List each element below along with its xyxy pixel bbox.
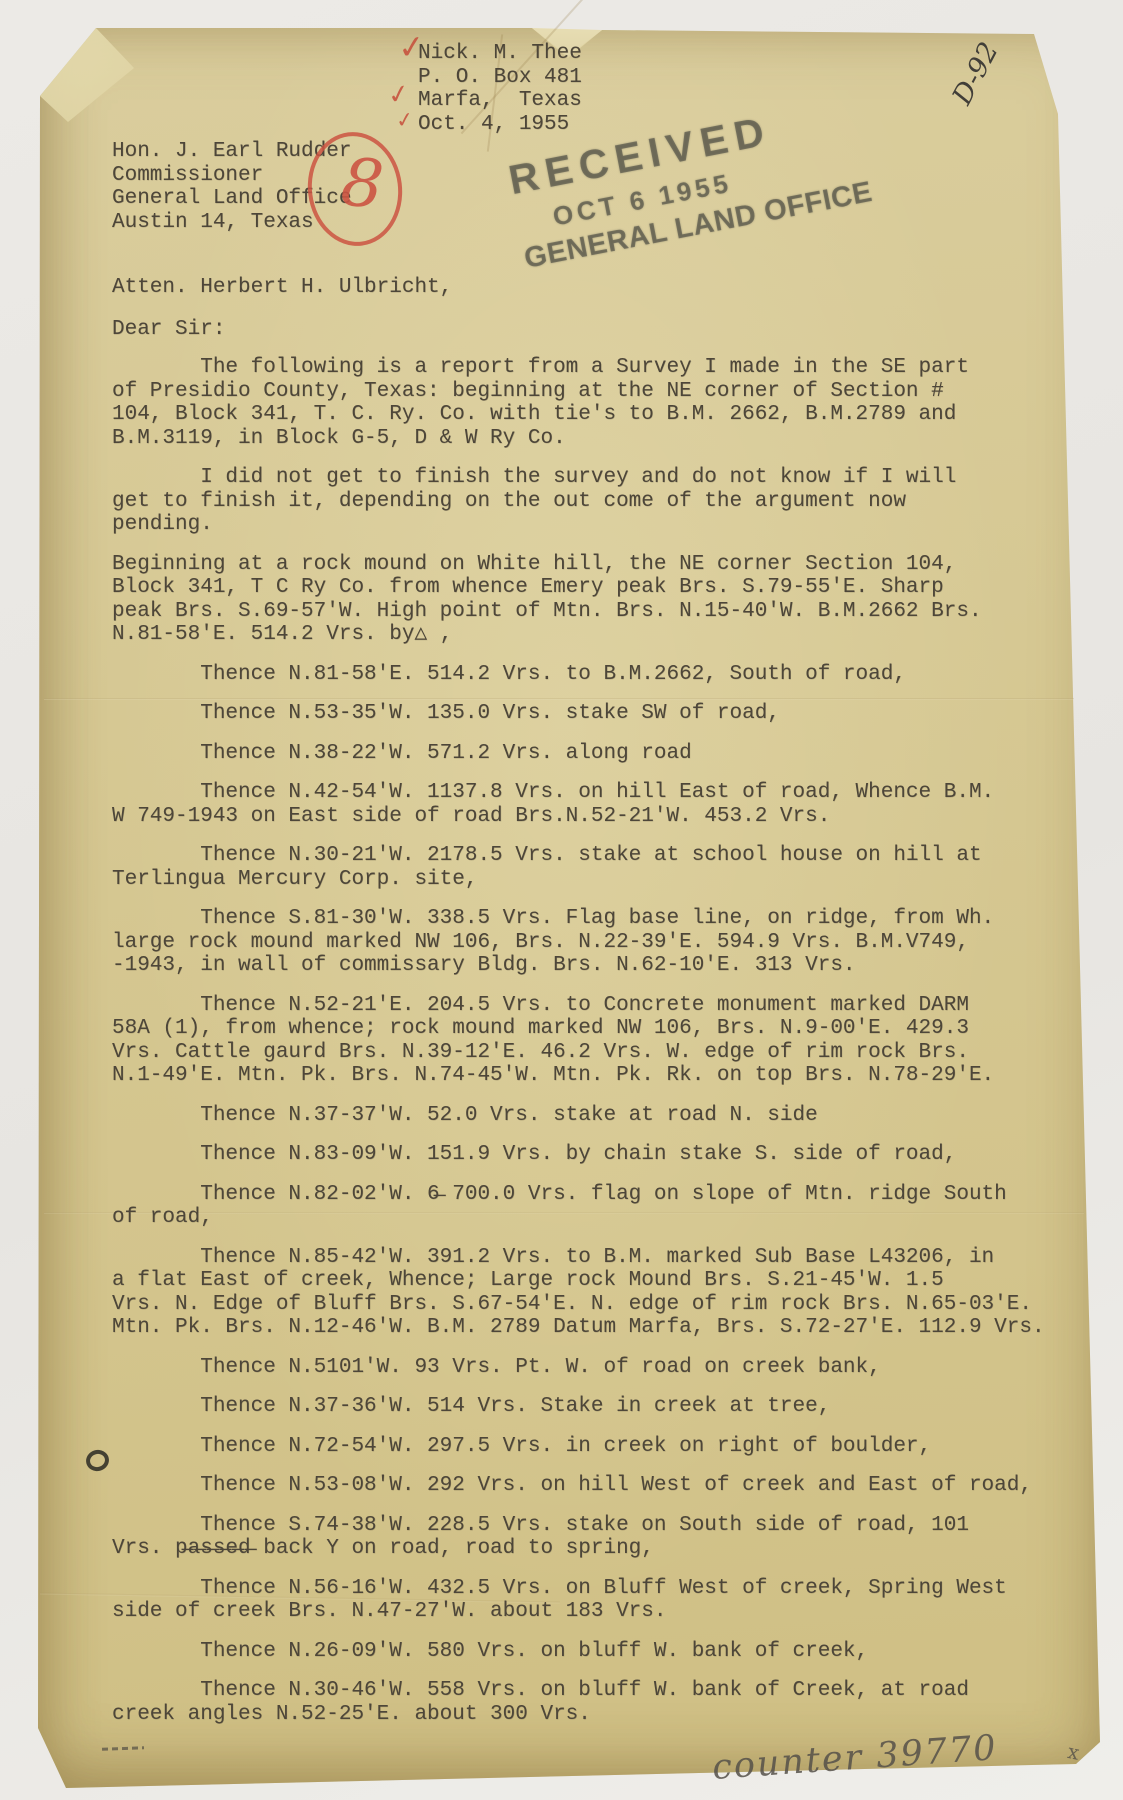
text-line: Thence N.82-02'W. 6̶ 700.0 Vrs. flag on … [112, 1183, 1072, 1207]
sender-letterhead: Nick. M. TheeP. O. Box 481Marfa, TexasOc… [418, 42, 582, 136]
scanned-letter-page: RECEIVED OCT 6 1955 GENERAL LAND OFFICE … [0, 0, 1123, 1800]
body-paragraph: Thence N.30-46'W. 558 Vrs. on bluff W. b… [112, 1679, 1072, 1726]
letter-body: The following is a report from a Survey … [112, 356, 1072, 1742]
body-paragraph: Thence N.26-09'W. 580 Vrs. on bluff W. b… [112, 1640, 1072, 1664]
text-line: Thence N.26-09'W. 580 Vrs. on bluff W. b… [112, 1640, 1072, 1664]
text-line: Thence N.56-16'W. 432.5 Vrs. on Bluff We… [112, 1577, 1072, 1601]
text-line: creek angles N.52-25'E. about 300 Vrs. [112, 1703, 1072, 1727]
text-line: side of creek Brs. N.47-27'W. about 183 … [112, 1600, 1072, 1624]
body-paragraph: Thence N.53-35'W. 135.0 Vrs. stake SW of… [112, 702, 1072, 726]
text-line: Thence S.81-30'W. 338.5 Vrs. Flag base l… [112, 907, 1072, 931]
text-line: Marfa, Texas [418, 89, 582, 113]
body-paragraph: Thence N.5101'W. 93 Vrs. Pt. W. of road … [112, 1356, 1072, 1380]
body-paragraph: Thence S.74-38'W. 228.5 Vrs. stake on So… [112, 1514, 1072, 1561]
text-line: of Presidio County, Texas: beginning at … [112, 380, 1072, 404]
body-paragraph: Thence N.42-54'W. 1137.8 Vrs. on hill Ea… [112, 781, 1072, 828]
body-paragraph: Thence N.37-37'W. 52.0 Vrs. stake at roa… [112, 1104, 1072, 1128]
body-paragraph: Thence N.38-22'W. 571.2 Vrs. along road [112, 742, 1072, 766]
text-line: Mtn. Pk. Brs. N.12-46'W. B.M. 2789 Datum… [112, 1316, 1072, 1340]
body-paragraph: Thence N.30-21'W. 2178.5 Vrs. stake at s… [112, 844, 1072, 891]
body-paragraph: I did not get to finish the survey and d… [112, 466, 1072, 537]
check-mark-icon: ✓ [394, 107, 415, 133]
text-line: -1943, in wall of commissary Bldg. Brs. … [112, 954, 1072, 978]
red-circle-number: 8 [338, 143, 387, 223]
text-line: get to finish it, depending on the out c… [112, 490, 1072, 514]
text-line: N.81-58'E. 514.2 Vrs. by△ , [112, 623, 1072, 647]
body-paragraph: Thence N.81-58'E. 514.2 Vrs. to B.M.2662… [112, 663, 1072, 687]
body-paragraph: Thence N.72-54'W. 297.5 Vrs. in creek on… [112, 1435, 1072, 1459]
text-line: Thence N.83-09'W. 151.9 Vrs. by chain st… [112, 1143, 1072, 1167]
text-line: Thence N.30-46'W. 558 Vrs. on bluff W. b… [112, 1679, 1072, 1703]
text-line: Thence N.37-37'W. 52.0 Vrs. stake at roa… [112, 1104, 1072, 1128]
text-line: Oct. 4, 1955 [418, 113, 582, 137]
text-line: Beginning at a rock mound on White hill,… [112, 553, 1072, 577]
text-line: Thence N.37-36'W. 514 Vrs. Stake in cree… [112, 1395, 1072, 1419]
text-line: peak Brs. S.69-57'W. High point of Mtn. … [112, 600, 1072, 624]
text-line: a flat East of creek, Whence; Large rock… [112, 1269, 1072, 1293]
body-paragraph: Thence N.52-21'E. 204.5 Vrs. to Concrete… [112, 994, 1072, 1088]
text-line: pending. [112, 513, 1072, 537]
text-line: Thence N.52-21'E. 204.5 Vrs. to Concrete… [112, 994, 1072, 1018]
body-paragraph: Beginning at a rock mound on White hill,… [112, 553, 1072, 647]
salutation: Dear Sir: [112, 318, 225, 342]
text-line: Vrs. Cattle gaurd Brs. N.39-12'E. 46.2 V… [112, 1041, 1072, 1065]
text-line: N.1-49'E. Mtn. Pk. Brs. N.74-45'W. Mtn. … [112, 1064, 1072, 1088]
text-line: of road, [112, 1206, 1072, 1230]
body-paragraph: Thence N.56-16'W. 432.5 Vrs. on Bluff We… [112, 1577, 1072, 1624]
text-line: Vrs. N. Edge of Bluff Brs. S.67-54'E. N.… [112, 1293, 1072, 1317]
text-line: B.M.3119, in Block G-5, D & W Ry Co. [112, 427, 1072, 451]
text-line: Thence N.5101'W. 93 Vrs. Pt. W. of road … [112, 1356, 1072, 1380]
text-line: 58A (1), from whence; rock mound marked … [112, 1017, 1072, 1041]
body-paragraph: Thence N.53-08'W. 292 Vrs. on hill West … [112, 1474, 1072, 1498]
attention-line: Atten. Herbert H. Ulbricht, [112, 276, 452, 300]
text-line: Thence S.74-38'W. 228.5 Vrs. stake on So… [112, 1514, 1072, 1538]
text-line: Thence N.81-58'E. 514.2 Vrs. to B.M.2662… [112, 663, 1072, 687]
text-line: P. O. Box 481 [418, 66, 582, 90]
text-line: Vrs. p̶a̶s̶s̶e̶d̶ back Y on road, road t… [112, 1537, 1072, 1561]
body-paragraph: Thence S.81-30'W. 338.5 Vrs. Flag base l… [112, 907, 1072, 978]
text-line: Thence N.53-35'W. 135.0 Vrs. stake SW of… [112, 702, 1072, 726]
body-paragraph: Thence N.37-36'W. 514 Vrs. Stake in cree… [112, 1395, 1072, 1419]
text-line: Thence N.53-08'W. 292 Vrs. on hill West … [112, 1474, 1072, 1498]
check-mark-icon: ✓ [396, 27, 427, 68]
text-line: Block 341, T C Ry Co. from whence Emery … [112, 576, 1072, 600]
text-line: Thence N.42-54'W. 1137.8 Vrs. on hill Ea… [112, 781, 1072, 805]
body-paragraph: Thence N.83-09'W. 151.9 Vrs. by chain st… [112, 1143, 1072, 1167]
body-paragraph: Thence N.85-42'W. 391.2 Vrs. to B.M. mar… [112, 1246, 1072, 1340]
text-line: Thence N.85-42'W. 391.2 Vrs. to B.M. mar… [112, 1246, 1072, 1270]
text-line: Nick. M. Thee [418, 42, 582, 66]
text-line: large rock mound marked NW 106, Brs. N.2… [112, 931, 1072, 955]
text-line: The following is a report from a Survey … [112, 356, 1072, 380]
text-line: Thence N.30-21'W. 2178.5 Vrs. stake at s… [112, 844, 1072, 868]
text-line: Terlingua Mercury Corp. site, [112, 868, 1072, 892]
body-paragraph: Thence N.82-02'W. 6̶ 700.0 Vrs. flag on … [112, 1183, 1072, 1230]
text-line: 104, Block 341, T. C. Ry. Co. with tie's… [112, 403, 1072, 427]
text-line: I did not get to finish the survey and d… [112, 466, 1072, 490]
text-line: W 749-1943 on East side of road Brs.N.52… [112, 805, 1072, 829]
text-line: Thence N.38-22'W. 571.2 Vrs. along road [112, 742, 1072, 766]
body-paragraph: The following is a report from a Survey … [112, 356, 1072, 450]
text-line: Thence N.72-54'W. 297.5 Vrs. in creek on… [112, 1435, 1072, 1459]
